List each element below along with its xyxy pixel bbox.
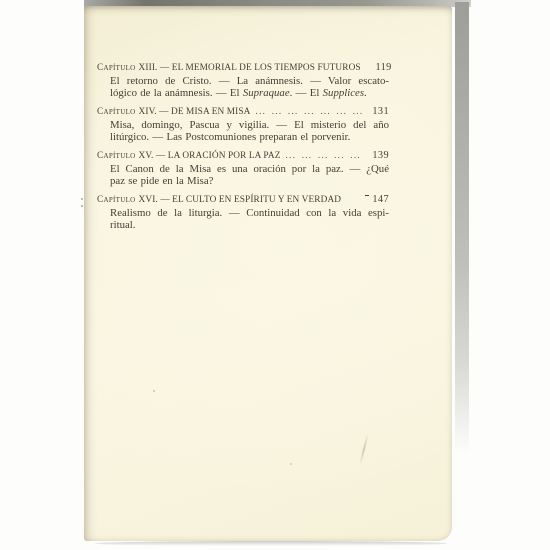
summary-text: Realismo de la liturgia. — Continuidad c… — [110, 207, 389, 219]
summary-text: ritual. — [110, 219, 136, 231]
toc-entry-summary: El retorno de Cristo. — La anámnesis. — … — [110, 75, 389, 99]
page-bottom-shadow — [95, 541, 447, 546]
page-number: 119 — [373, 61, 392, 74]
chapter-label: Capítulo — [97, 194, 136, 207]
paper-scratch — [359, 433, 368, 464]
summary-text: El retorno de Cristo. — La anámnesis. — … — [110, 75, 389, 87]
chapter-label: Capítulo — [97, 106, 136, 119]
table-of-contents: CapítuloXIII. — EL MEMORIAL DE LOS TIEMP… — [97, 61, 389, 237]
summary-line: El retorno de Cristo. — La anámnesis. — … — [110, 75, 389, 87]
toc-entry-title-row: CapítuloXV. — LA ORACIÓN POR LA PAZ ... … — [97, 149, 389, 163]
paper-speck — [153, 390, 155, 392]
toc-entry-chapter-14: CapítuloXIV. — DE MISA EN MISA ... ... .… — [97, 105, 389, 143]
dot-leader: ... ... ... ... ... ... ... ... ... ... — [256, 105, 367, 118]
summary-line: lógico de la anámnesis. — El Supraquae. … — [110, 87, 389, 99]
summary-line: El Canon de la Misa es una oración por l… — [110, 163, 389, 175]
summary-text: Misa, domingo, Pascua y vigilia. — El mi… — [110, 119, 389, 131]
toc-entry-title-row: CapítuloXIII. — EL MEMORIAL DE LOS TIEMP… — [97, 61, 389, 75]
paper-speck — [81, 198, 83, 200]
page-number: 131 — [370, 105, 389, 118]
summary-text: lógico de la anámnesis. — El — [110, 87, 243, 99]
chapter-title: XIII. — EL MEMORIAL DE LOS TIEMPOS FUTUR… — [139, 62, 361, 75]
latin-term: Supplices — [323, 87, 364, 99]
summary-text: El Canon de la Misa es una oración por l… — [110, 163, 389, 175]
book-page-block-edge — [455, 2, 469, 454]
summary-text: paz se pide en la Misa? — [110, 175, 213, 187]
toc-entry-chapter-16: CapítuloXVI. — EL CULTO EN ESPÍRITU Y EN… — [97, 193, 389, 231]
toc-entry-title-row: CapítuloXIV. — DE MISA EN MISA ... ... .… — [97, 105, 389, 119]
chapter-title: XIV. — DE MISA EN MISA — [139, 106, 251, 119]
summary-line: ritual. — [110, 219, 389, 231]
toc-entry-chapter-15: CapítuloXV. — LA ORACIÓN POR LA PAZ ... … — [97, 149, 389, 187]
toc-entry-chapter-13: CapítuloXIII. — EL MEMORIAL DE LOS TIEMP… — [97, 61, 389, 99]
summary-line: Misa, domingo, Pascua y vigilia. — El mi… — [110, 119, 389, 131]
chapter-title: XV. — LA ORACIÓN POR LA PAZ — [139, 150, 281, 163]
toc-entry-summary: Misa, domingo, Pascua y vigilia. — El mi… — [110, 119, 389, 143]
scan-artifact — [365, 195, 369, 196]
chapter-title: XVI. — EL CULTO EN ESPÍRITU Y EN VERDAD — [139, 194, 342, 207]
summary-line: paz se pide en la Misa? — [110, 175, 389, 187]
paper-speck — [81, 205, 83, 207]
toc-entry-summary: El Canon de la Misa es una oración por l… — [110, 163, 389, 187]
latin-term: Supraquae — [243, 87, 290, 99]
page-number: 147 — [365, 193, 389, 206]
dot-leader: ... ... ... ... ... ... — [286, 149, 368, 162]
summary-line: litúrgico. — Las Postcomuniones preparan… — [110, 131, 389, 143]
summary-text: . — [364, 87, 367, 99]
paper-speck — [290, 463, 292, 465]
summary-line: Realismo de la liturgia. — Continuidad c… — [110, 207, 389, 219]
chapter-label: Capítulo — [97, 150, 136, 163]
toc-entry-summary: Realismo de la liturgia. — Continuidad c… — [110, 207, 389, 231]
book-page: CapítuloXIII. — EL MEMORIAL DE LOS TIEMP… — [84, 6, 452, 541]
summary-text: litúrgico. — Las Postcomuniones preparan… — [110, 131, 350, 143]
chapter-label: Capítulo — [97, 62, 136, 75]
page-number-text: 147 — [372, 194, 389, 205]
toc-entry-title-row: CapítuloXVI. — EL CULTO EN ESPÍRITU Y EN… — [97, 193, 389, 207]
summary-text: . — El — [290, 87, 323, 99]
page-number: 139 — [370, 149, 389, 162]
